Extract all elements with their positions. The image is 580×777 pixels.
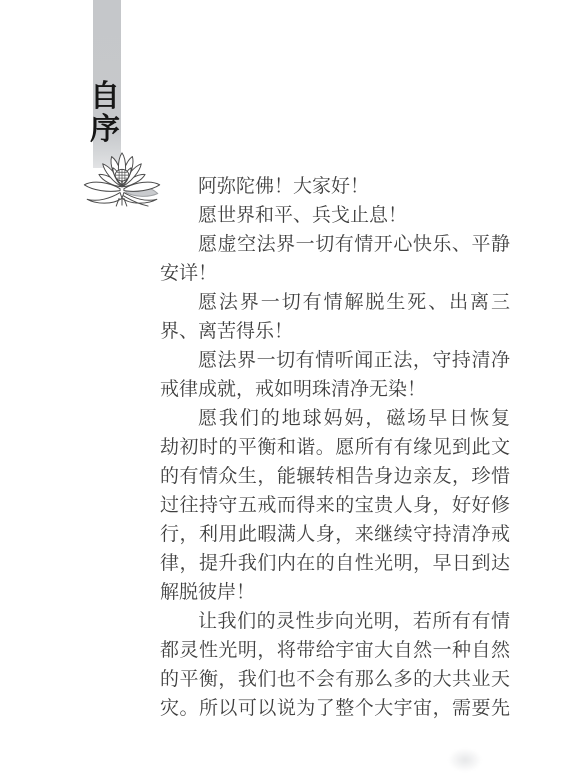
text-line: 阿弥陀佛！大家好！	[160, 172, 510, 201]
book-preface-page: { "page": { "kind": "book-preface-scan",…	[0, 0, 580, 777]
text-line: 愿法界一切有情解脱生死、出离三	[160, 288, 510, 317]
text-line: 灾。所以可以说为了整个大宇宙，需要先	[160, 694, 510, 723]
chapter-title-char: 自	[90, 80, 120, 113]
text-line: 劫初时的平衡和谐。愿所有有缘见到此文	[160, 433, 510, 462]
text-line: 律，提升我们内在的自性光明，早日到达	[160, 549, 510, 578]
lotus-icon	[79, 150, 165, 208]
text-line: 愿虚空法界一切有情开心快乐、平静	[160, 230, 510, 259]
text-line: 过往持守五戒而得来的宝贵人身，好好修	[160, 491, 510, 520]
text-line: 戒律成就，戒如明珠清净无染！	[160, 375, 510, 404]
text-line: 让我们的灵性步向光明，若所有有情	[160, 607, 510, 636]
text-line: 安详！	[160, 259, 510, 288]
text-line: 界、离苦得乐！	[160, 317, 510, 346]
chapter-title-char: 序	[90, 113, 120, 146]
text-line: 愿法界一切有情听闻正法，守持清净	[160, 346, 510, 375]
body-text: 阿弥陀佛！大家好！愿世界和平、兵戈止息！愿虚空法界一切有情开心快乐、平静安详！愿…	[160, 172, 510, 723]
text-line: 的有情众生，能辗转相告身边亲友，珍惜	[160, 462, 510, 491]
faint-print-smudge	[448, 748, 482, 772]
text-line: 的平衡，我们也不会有那么多的大共业天	[160, 665, 510, 694]
text-line: 愿我们的地球妈妈，磁场早日恢复	[160, 404, 510, 433]
text-line: 都灵性光明，将带给宇宙大自然一种自然	[160, 636, 510, 665]
text-line: 解脱彼岸！	[160, 578, 510, 607]
text-line: 行，利用此暇满人身，来继续守持清净戒	[160, 520, 510, 549]
text-line: 愿世界和平、兵戈止息！	[160, 201, 510, 230]
chapter-title-vertical: 自 序	[88, 80, 122, 146]
